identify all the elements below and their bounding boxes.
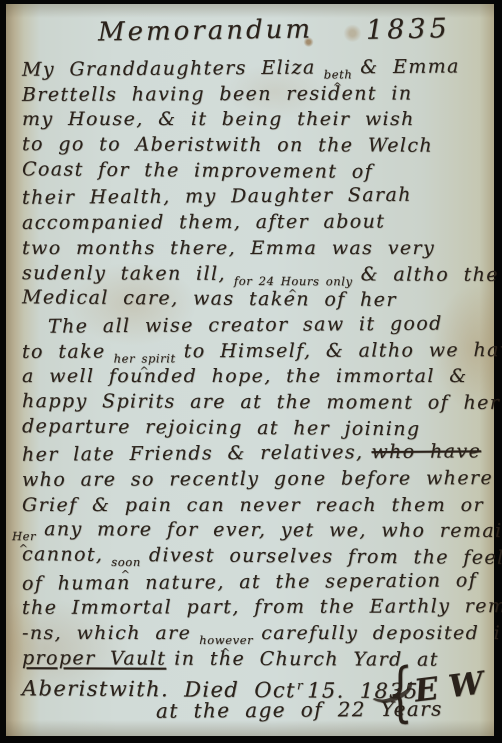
handwritten-text: their Health, my Daughter Sarah [22,184,412,209]
memo-header: Memorandum 1835 [6,12,494,58]
struck-out-text: who have [371,441,481,464]
handwritten-text: two months there, Emma was very [22,237,435,259]
memo-title: Memorandum [98,15,313,48]
handwritten-text: a well founded hope, the immortal & [22,365,468,387]
handwritten-line: to go to Aberistwith on the Welch [22,132,490,159]
memo-year: 1835 [366,13,451,46]
handwritten-text: to go to Aberistwith on the Welch [22,133,433,157]
handwritten-line: My Granddaughters Elizabeth^& Emma [22,54,490,83]
handwritten-line: their Health, my Daughter Sarah [22,183,490,212]
inserted-word: for 24 Hours only [234,275,353,287]
handwritten-line: Grief & pain can never reach them or [22,493,490,519]
handwritten-text: My Granddaughters Eliza [22,57,316,81]
handwritten-text: accompanied them, after about [22,211,385,234]
handwritten-text: the Immortal part, from the Earthly rema… [22,595,502,619]
handwritten-text: & Emma [360,55,460,78]
handwritten-text: any more for ever, yet we, who remain [44,519,502,543]
handwritten-text: Grief & pain can never reach them or [22,494,484,516]
handwritten-text: Coast for the improvement of [22,158,373,183]
handwritten-line: Her^any more for ever, yet we, who remai… [22,517,490,544]
handwritten-line: accompanied them, after about [22,209,490,236]
handwritten-text: her late Friends & relatives, [22,441,364,466]
handwritten-line: The all wise creator saw it good [22,311,490,340]
signature-initials-text: E W [413,665,486,709]
handwritten-text: -ns, which are [22,622,191,644]
underlined-text: proper Vault [22,647,166,670]
handwritten-text: to take [22,340,106,362]
handwritten-line: a well founded hope, the immortal & [22,364,490,390]
superscript-text: r [297,678,304,692]
handwritten-text: divest ourselves from the feelings [149,544,502,569]
paper-page: Memorandum 1835 My Granddaughters Elizab… [6,4,494,736]
handwritten-text: to Himself, & altho we have [184,339,502,362]
handwritten-text: my House, & it being their wish [22,108,415,130]
handwritten-line: the Immortal part, from the Earthly rema… [22,595,490,622]
handwritten-text: The all wise creator saw it good [48,312,443,337]
handwritten-line: -ns, which arehowever^carefully deposite… [22,621,490,647]
handwritten-text: happy Spirits are at the moment of her [22,390,500,414]
inserted-word: her spirit [114,353,176,365]
handwritten-line: Brettells having been resident in [22,81,490,108]
handwritten-line: to takeher spirit^to Himself, & altho we… [22,338,490,365]
handwritten-text: Medical care, was taken of her [22,286,397,311]
handwritten-text: cannot, [22,543,104,566]
handwritten-line: her late Friends & relatives,who have [22,440,490,469]
handwritten-line: Medical care, was taken of her [22,285,490,314]
handwritten-line: two months there, Emma was very [22,236,490,262]
handwritten-text: sudenly taken ill, [22,262,226,285]
handwritten-line: of human nature, at the seperation of [22,568,490,597]
handwritten-text: Brettells having been resident in [22,82,413,105]
handwritten-text: departure rejoicing at her joining [22,415,421,440]
handwritten-line: my House, & it being their wish [22,107,490,133]
handwritten-text: who are so recently gone before where [22,467,493,491]
handwritten-line: sudenly taken ill,for 24 Hours only^& al… [22,261,490,288]
handwritten-line: who are so recently gone before where [22,466,490,493]
inserted-word: beth [324,69,353,81]
inserted-word: soon [111,557,141,569]
handwritten-text: carefully deposited in a [261,622,502,644]
handwritten-text: of human nature, at the seperation of [22,569,477,594]
handwritten-line: cannot,soon^divest ourselves from the fe… [22,542,490,571]
inserted-word: however [199,635,253,647]
handwritten-text: & altho the best [361,263,502,286]
handwritten-line: departure rejoicing at her joining [22,414,490,443]
memo-body: My Granddaughters Elizabeth^& EmmaBrette… [22,56,490,724]
scan-border: Memorandum 1835 My Granddaughters Elizab… [0,0,502,743]
handwritten-line: happy Spirits are at the moment of her [22,389,490,416]
